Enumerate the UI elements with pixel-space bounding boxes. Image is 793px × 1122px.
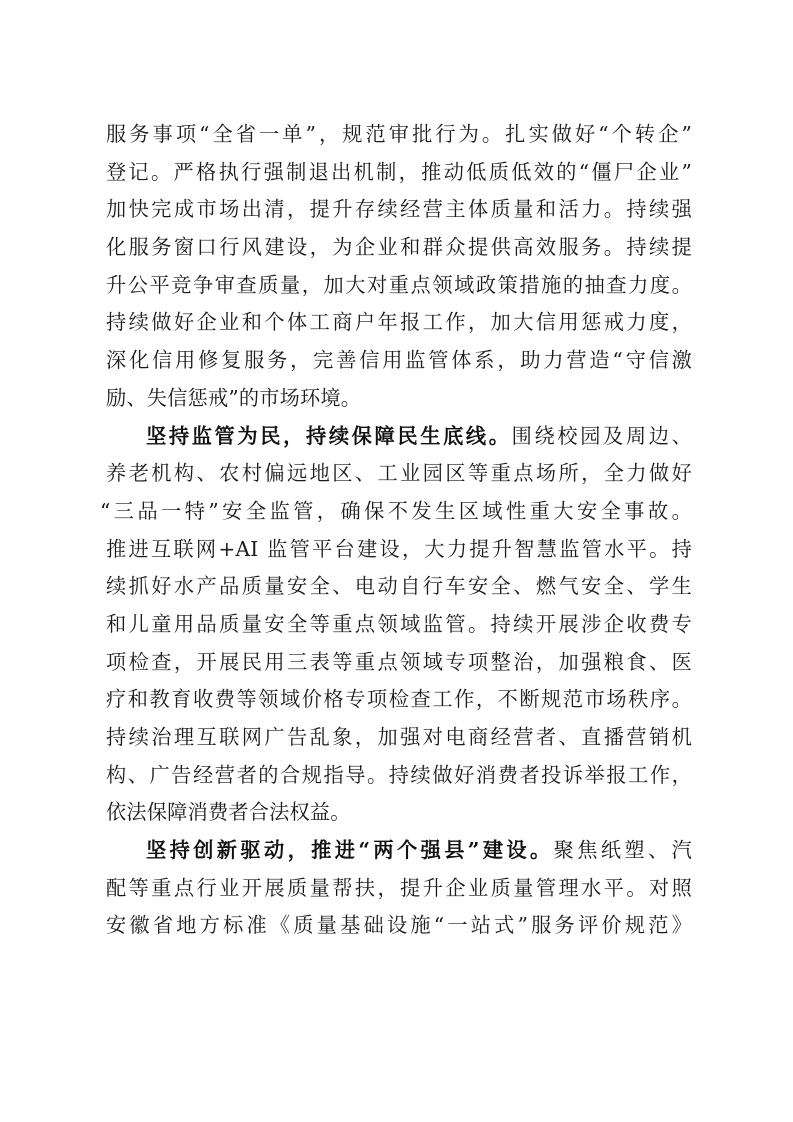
text-line: 登记。严格执行强制退出机制，推动低质低效的“僵尸企业” [106, 154, 692, 192]
text-line: 升公平竞争审查质量，加大对重点领域政策措施的抽查力度。 [106, 267, 692, 305]
paragraph-heading: 坚持监管为民，持续保障民生底线。 [146, 424, 512, 448]
text-run: 围绕校园及周边、 [512, 424, 692, 448]
paragraph-credit-services: 服务事项“全省一单”，规范审批行为。扎实做好“个转企” 登记。严格执行强制退出机… [106, 116, 692, 418]
text-line: 依法保障消费者合法权益。 [106, 794, 692, 832]
text-line: 加快完成市场出清，提升存续经营主体质量和活力。持续强 [106, 191, 692, 229]
text-line: 项检查，开展民用三表等重点领域专项整治，加强粮食、医 [106, 644, 692, 682]
text-line: 配等重点行业开展质量帮扶，提升企业质量管理水平。对照 [106, 870, 692, 908]
text-line: “三品一特”安全监管，确保不发生区域性重大安全事故。 [100, 493, 692, 531]
text-line: 化服务窗口行风建设，为企业和群众提供高效服务。持续提 [106, 229, 692, 267]
text-line: 续抓好水产品质量安全、电动自行车安全、燃气安全、学生 [106, 568, 692, 606]
text-run: 聚焦纸塑、汽 [554, 838, 692, 862]
paragraph-innovation-driven: 坚持创新驱动，推进“两个强县”建设。聚焦纸塑、汽 配等重点行业开展质量帮扶，提升… [106, 832, 692, 945]
text-line: 推进互联网+AI 监管平台建设，大力提升智慧监管水平。持 [106, 531, 692, 569]
text-line: 服务事项“全省一单”，规范审批行为。扎实做好“个转企” [106, 116, 692, 154]
text-line: 持续做好企业和个体工商户年报工作，加大信用惩戒力度， [106, 304, 692, 342]
text-line: 疗和教育收费等领域价格专项检查工作，不断规范市场秩序。 [106, 681, 692, 719]
document-body: 服务事项“全省一单”，规范审批行为。扎实做好“个转企” 登记。严格执行强制退出机… [106, 116, 692, 945]
document-page: 服务事项“全省一单”，规范审批行为。扎实做好“个转企” 登记。严格执行强制退出机… [0, 0, 793, 1122]
text-line: 持续治理互联网广告乱象，加强对电商经营者、直播营销机 [106, 719, 692, 757]
paragraph-first-line: 坚持监管为民，持续保障民生底线。围绕校园及周边、 [106, 418, 692, 456]
text-line: 养老机构、农村偏远地区、工业园区等重点场所，全力做好 [106, 455, 692, 493]
text-line: 构、广告经营者的合规指导。持续做好消费者投诉举报工作， [106, 757, 692, 795]
text-line: 和儿童用品质量安全等重点领域监管。持续开展涉企收费专 [106, 606, 692, 644]
paragraph-heading: 坚持创新驱动，推进“两个强县”建设。 [146, 838, 554, 862]
text-line: 安徽省地方标准《质量基础设施“一站式”服务评价规范》 [106, 907, 692, 945]
text-line: 深化信用修复服务，完善信用监管体系，助力营造“守信激 [106, 342, 692, 380]
paragraph-regulation-for-people: 坚持监管为民，持续保障民生底线。围绕校园及周边、 养老机构、农村偏远地区、工业园… [106, 418, 692, 833]
paragraph-first-line: 坚持创新驱动，推进“两个强县”建设。聚焦纸塑、汽 [106, 832, 692, 870]
text-line: 励、失信惩戒”的市场环境。 [106, 380, 692, 418]
